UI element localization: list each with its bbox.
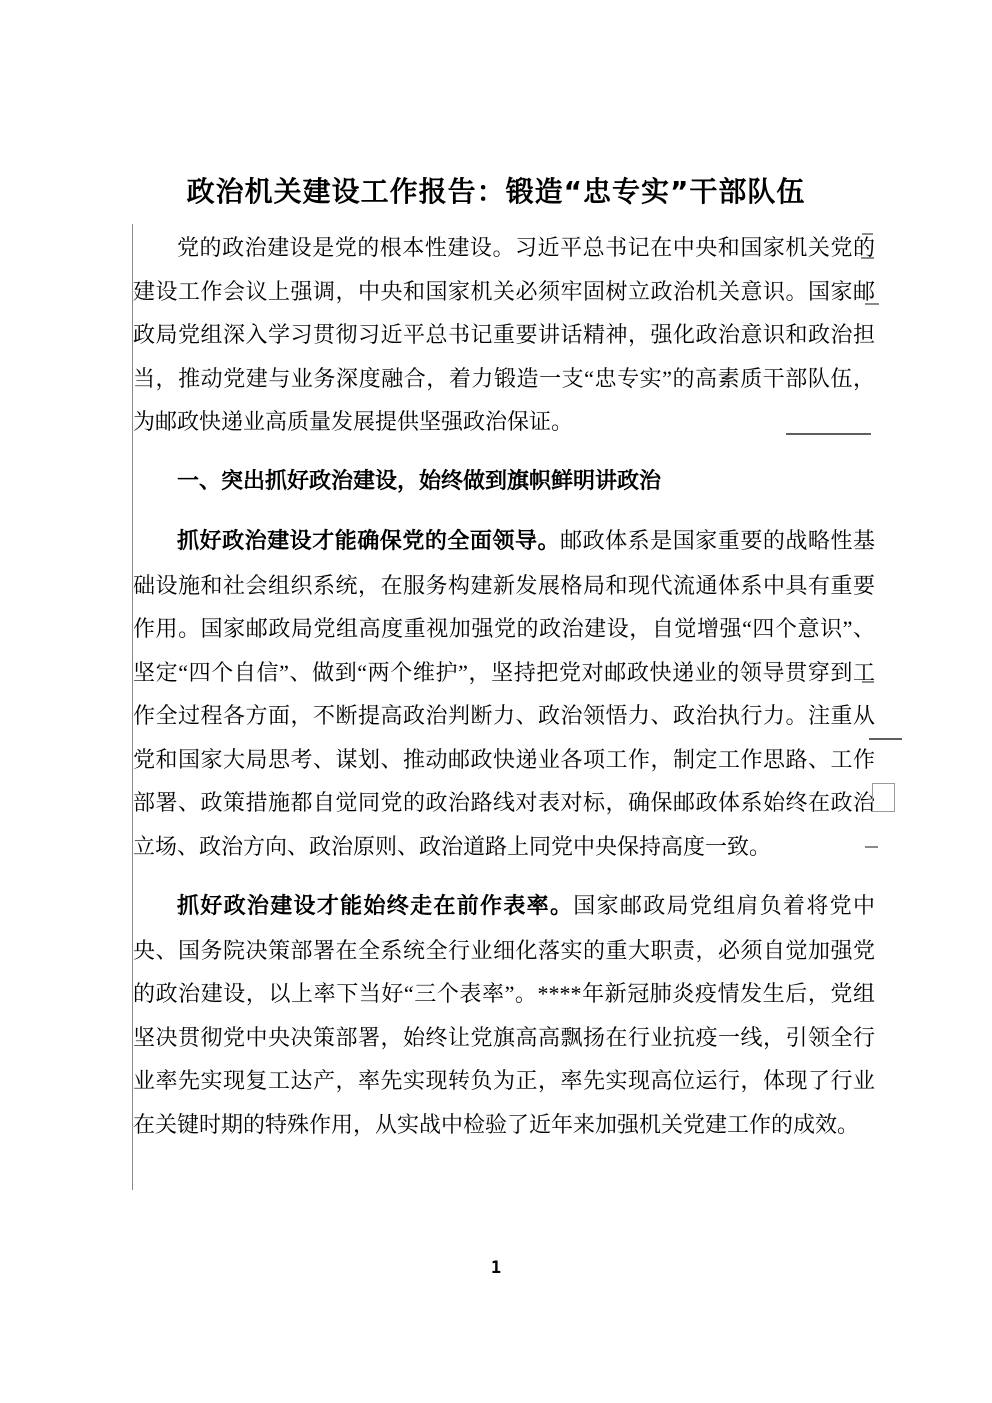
paragraph-intro: 党的政治建设是党的根本性建设。习近平总书记在中央和国家机关党的建设工作会议上强调… xyxy=(133,226,875,444)
document-body: 党的政治建设是党的根本性建设。习近平总书记在中央和国家机关党的建设工作会议上强调… xyxy=(133,226,875,1162)
document-title: 政治机关建设工作报告：锻造“忠专实”干部队伍 xyxy=(0,170,992,214)
proof-mark xyxy=(865,303,879,305)
proof-mark xyxy=(869,738,902,740)
proof-mark xyxy=(865,846,878,848)
proof-underline xyxy=(786,433,871,435)
paragraph-body-text: 国家邮政局党组肩负着将党中央、国务院决策部署在全系统全行业细化落实的重大职责，必… xyxy=(133,893,875,1137)
paragraph-lead-bold: 抓好政治建设才能始终走在前作表率。 xyxy=(177,894,573,919)
paragraph-body-text: 邮政体系是国家重要的战略性基础设施和社会组织系统，在服务构建新发展格局和现代流通… xyxy=(133,528,875,859)
document-page: 政治机关建设工作报告：锻造“忠专实”干部队伍 党的政治建设是党的根本性建设。习近… xyxy=(0,0,992,1403)
section-heading-1: 一、突出抓好政治建设，始终做到旗帜鲜明讲政治 xyxy=(133,460,875,504)
proof-mark xyxy=(862,233,873,235)
proof-mark xyxy=(862,681,874,683)
proof-box xyxy=(872,783,895,812)
paragraph-lead-bold: 抓好政治建设才能确保党的全面领导。 xyxy=(177,529,560,554)
paragraph-model-role: 抓好政治建设才能始终走在前作表率。国家邮政局党组肩负着将党中央、国务院决策部署在… xyxy=(133,884,875,1146)
paragraph-political-leadership: 抓好政治建设才能确保党的全面领导。邮政体系是国家重要的战略性基础设施和社会组织系… xyxy=(133,519,875,868)
proof-mark xyxy=(861,257,874,259)
page-number: 1 xyxy=(0,1256,992,1280)
